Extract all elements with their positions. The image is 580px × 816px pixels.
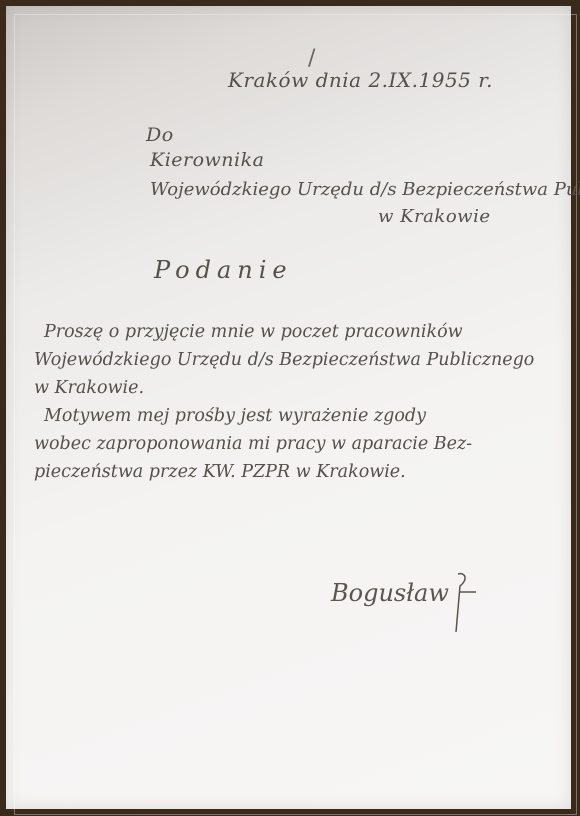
letter-body: Proszę o przyjęcie mnie w poczet pracown… [34, 318, 574, 486]
body-line: w Krakowie. [34, 374, 574, 402]
recipient-line-1: Kierownika [150, 149, 264, 171]
signature: Bogusław [331, 579, 449, 607]
recipient-line-2: Wojewódzkiego Urzędu d/s Bezpieczeństwa … [150, 179, 580, 200]
body-line: Proszę o przyjęcie mnie w poczet pracown… [34, 318, 574, 346]
body-line: Wojewódzkiego Urzędu d/s Bezpieczeństwa … [34, 346, 574, 374]
document-page: / Kraków dnia 2.IX.1955 r. Do Kierownika… [6, 6, 571, 809]
body-line: wobec zaproponowania mi pracy w aparacie… [34, 430, 574, 458]
body-line: Motywem mej prośby jest wyrażenie zgody [34, 402, 574, 430]
recipient-salutation: Do [146, 124, 174, 146]
body-line: pieczeństwa przez KW. PZPR w Krakowie. [34, 458, 574, 486]
date-line: Kraków dnia 2.IX.1955 r. [228, 68, 493, 92]
document-title: Podanie [154, 256, 293, 284]
recipient-line-3: w Krakowie [378, 206, 490, 227]
